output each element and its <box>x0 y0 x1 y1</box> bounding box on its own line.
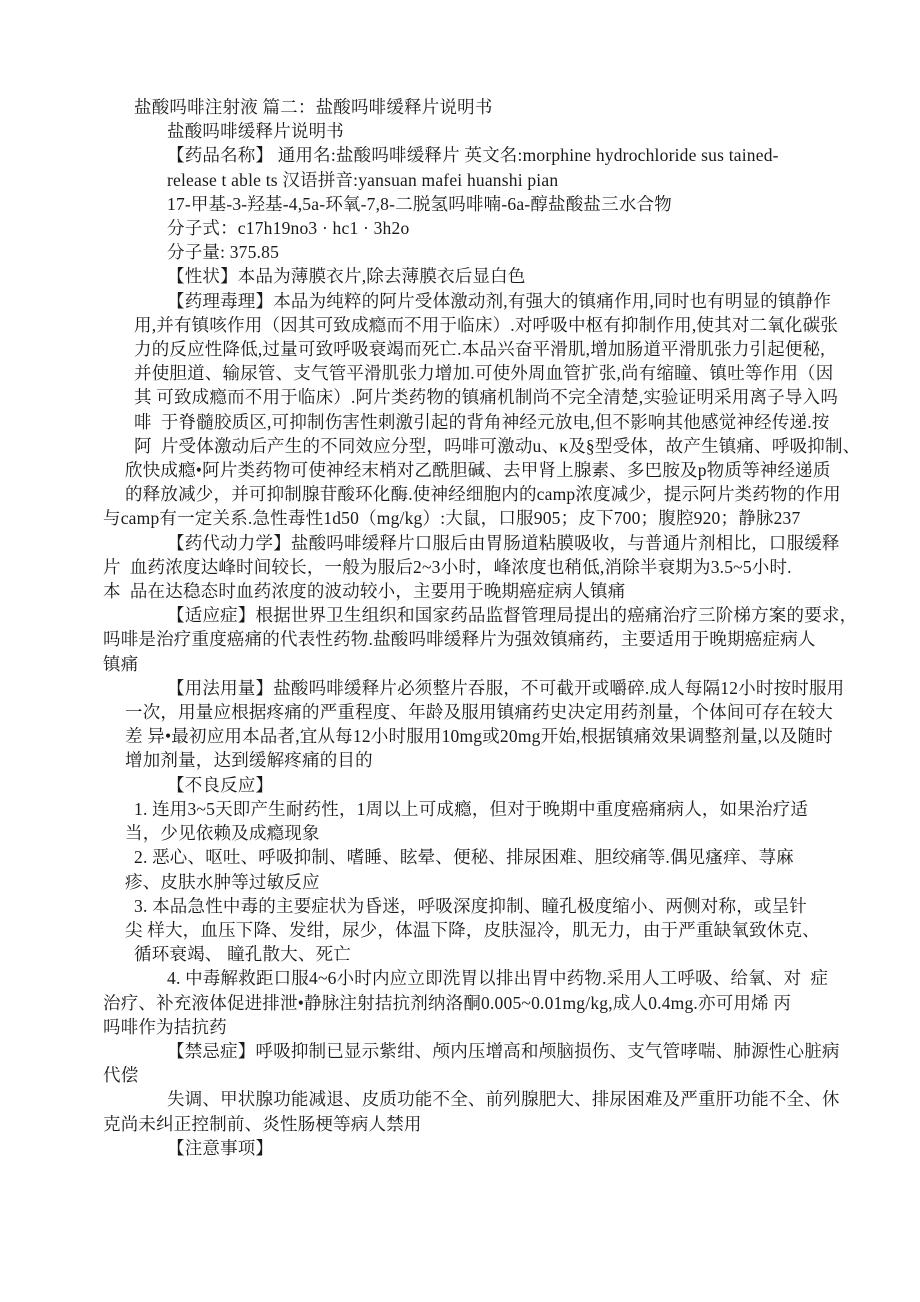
text-line: 其 可致成瘾而不用于临床）.阿片类药物的镇痛机制尚不完全清楚,实验证明采用离子导… <box>134 385 838 409</box>
text-line: 吗啡是治疗重度癌痛的代表性药物.盐酸吗啡缓释片为强效镇痛药，主要适用于晚期癌症病… <box>103 627 838 651</box>
text-line: 分子式：c17h19no3 · hc1 · 3h2o <box>167 216 838 240</box>
text-line: 阿 片受体激动后产生的不同效应分型，吗啡可激动u、κ及§型受体，故产生镇痛、呼吸… <box>134 434 838 458</box>
text-line: 吗啡作为拮抗药 <box>103 1015 838 1039</box>
text-line: 用,并有镇咳作用（因其可致成瘾而不用于临床）.对呼吸中枢有抑制作用,使其对二氧化… <box>134 313 838 337</box>
text-line: 2. 恶心、呕吐、呼吸抑制、嗜睡、眩晕、便秘、排尿困难、胆绞痛等.偶见瘙痒、荨麻 <box>134 845 838 869</box>
text-line: 治疗、补充液体促进排泄•静脉注射拮抗剂纳洛酮0.005~0.01mg/kg,成人… <box>103 991 838 1015</box>
text-line: 失调、甲状腺功能减退、皮质功能不全、前列腺肥大、排尿困难及严重肝功能不全、休 <box>167 1087 838 1111</box>
text-line: 4. 中毒解救距口服4~6小时内应立即洗胃以排出胃中药物.采用人工呼吸、给氧、对… <box>167 966 838 990</box>
text-line: 镇痛 <box>103 652 838 676</box>
text-line: 【药理毒理】本品为纯粹的阿片受体激动剂,有强大的镇痛作用,同时也有明显的镇静作 <box>167 289 838 313</box>
text-line: 分子量: 375.85 <box>167 240 838 264</box>
document-lines: 盐酸吗啡注射液 篇二：盐酸吗啡缓释片说明书盐酸吗啡缓释片说明书【药品名称】 通用… <box>98 95 838 1160</box>
text-line: 本 品在达稳态时血药浓度的波动较小，主要用于晚期癌症病人镇痛 <box>103 579 838 603</box>
text-line: 盐酸吗啡缓释片说明书 <box>167 119 838 143</box>
text-line: 17-甲基-3-羟基-4,5a-环氧-7,8-二脱氢吗啡喃-6a-醇盐酸盐三水合… <box>167 192 838 216</box>
text-line: 当，少见依赖及成瘾现象 <box>125 821 838 845</box>
text-line: 3. 本品急性中毒的主要症状为昏迷，呼吸深度抑制、瞳孔极度缩小、两侧对称，或呈针 <box>134 894 838 918</box>
text-line: 增加剂量，达到缓解疼痛的目的 <box>125 748 838 772</box>
text-line: 盐酸吗啡注射液 篇二：盐酸吗啡缓释片说明书 <box>134 95 838 119</box>
text-line: 【药品名称】 通用名:盐酸吗啡缓释片 英文名:morphine hydrochl… <box>167 143 838 167</box>
text-line: 【适应症】根据世界卫生组织和国家药品监督管理局提出的癌痛治疗三阶梯方案的要求， <box>167 603 838 627</box>
text-line: 并使胆道、输尿管、支气管平滑肌张力增加.可使外周血管扩张,尚有缩瞳、镇吐等作用（… <box>134 361 838 385</box>
text-line: 1. 连用3~5天即产生耐药性，1周以上可成瘾，但对于晚期中重度癌痛病人，如果治… <box>134 797 838 821</box>
text-line: 的释放减少，并可抑制腺苷酸环化酶.使神经细胞内的camp浓度减少，提示阿片类药物… <box>125 482 838 506</box>
text-line: 欣快成瘾•阿片类药物可使神经末梢对乙酰胆碱、去甲肾上腺素、多巴胺及p物质等神经递… <box>125 458 838 482</box>
text-line: 【性状】本品为薄膜衣片,除去薄膜衣后显白色 <box>167 264 838 288</box>
text-line: 【注意事项】 <box>167 1136 838 1160</box>
text-line: 差 异•最初应用本品者,宜从每12小时服用10mg或20mg开始,根据镇痛效果调… <box>125 724 838 748</box>
text-line: 疹、皮肤水肿等过敏反应 <box>125 870 838 894</box>
text-line: 片 血药浓度达峰时间较长，一般为服后2~3小时，峰浓度也稍低,消除半衰期为3.5… <box>103 555 838 579</box>
text-line: 一次，用量应根据疼痛的严重程度、年龄及服用镇痛药史决定用药剂量，个体间可存在较大 <box>125 700 838 724</box>
text-line: 【用法用量】盐酸吗啡缓释片必须整片吞服，不可截开或嚼碎.成人每隔12小时按时服用 <box>167 676 838 700</box>
text-line: release t able ts 汉语拼音:yansuan mafei hua… <box>167 168 838 192</box>
text-line: 代偿 <box>103 1063 838 1087</box>
text-line: 克尚未纠正控制前、炎性肠梗等病人禁用 <box>103 1112 838 1136</box>
text-line: 【不良反应】 <box>167 773 838 797</box>
text-line: 尖 样大，血压下降、发绀，尿少，体温下降，皮肤湿冷，肌无力，由于严重缺氧致休克、 <box>125 918 838 942</box>
text-line: 【药代动力学】盐酸吗啡缓释片口服后由胃肠道粘膜吸收，与普通片剂相比，口服缓释 <box>167 531 838 555</box>
text-line: 啡 于脊髓胶质区,可抑制伤害性刺激引起的背角神经元放电,但不影响其他感觉神经传递… <box>134 410 838 434</box>
text-line: 循环衰竭、 瞳孔散大、死亡 <box>134 942 838 966</box>
text-line: 力的反应性降低,过量可致呼吸衰竭而死亡.本品兴奋平滑肌,增加肠道平滑肌张力引起便… <box>134 337 838 361</box>
text-line: 与camp有一定关系.急性毒性1d50（mg/kg）:大鼠，口服905；皮下70… <box>103 506 838 530</box>
document-page: 盐酸吗啡注射液 篇二：盐酸吗啡缓释片说明书盐酸吗啡缓释片说明书【药品名称】 通用… <box>0 0 920 1302</box>
text-line: 【禁忌症】呼吸抑制已显示紫绀、颅内压增高和颅脑损伤、支气管哮喘、肺源性心脏病 <box>167 1039 838 1063</box>
